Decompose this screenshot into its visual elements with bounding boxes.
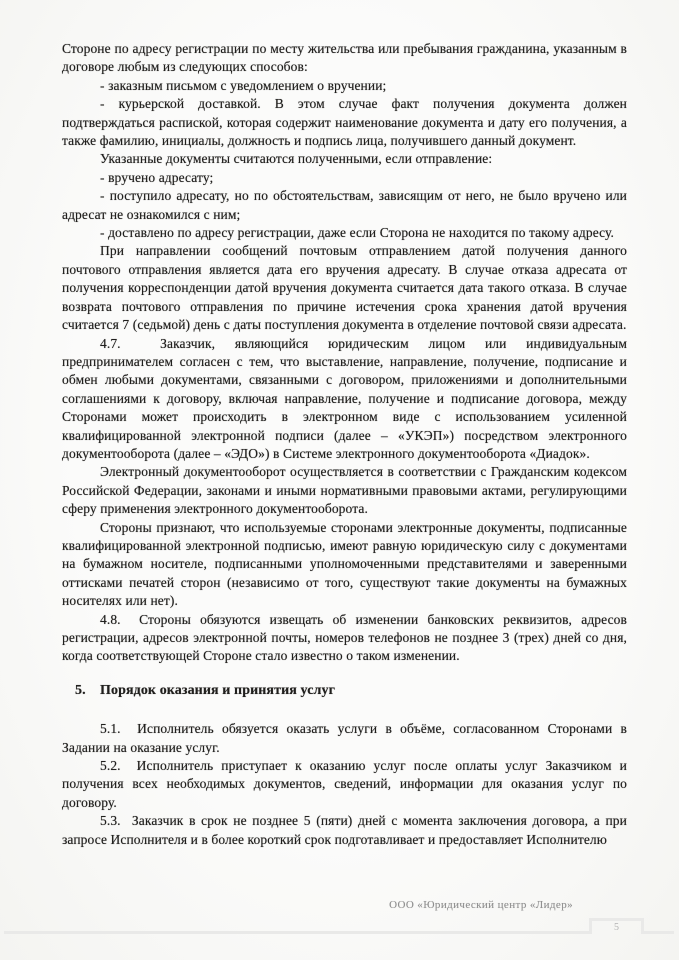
body-paragraph: Стороны признают, что используемые сторо… [62,519,627,611]
body-paragraph: Указанные документы считаются полученным… [62,150,627,168]
body-paragraph: Электронный документооборот осуществляет… [62,463,627,518]
document-body: Стороне по адресу регистрации по месту ж… [62,40,627,849]
list-item-dash: - вручено адресату; [62,169,627,187]
section-heading-number: 5. [75,682,100,700]
section-heading-title: Порядок оказания и принятия услуг [100,683,335,698]
page-number-tab: 5 [589,918,644,934]
clause-4-7: 4.7. Заказчик, являющийся юридическим ли… [62,335,627,464]
section-heading: 5.Порядок оказания и принятия услуг [62,682,627,700]
footer-rule-right [644,931,674,934]
clause-5-2: 5.2. Исполнитель приступает к оказанию у… [62,757,627,812]
clause-4-8: 4.8. Стороны обязуются извещать об измен… [62,611,627,666]
list-item-dash: - заказным письмом с уведомлением о вруч… [62,77,627,95]
body-paragraph: Стороне по адресу регистрации по месту ж… [62,40,627,77]
footer-rule-left [4,931,589,934]
list-item-dash: - доставлено по адресу регистрации, даже… [62,224,627,242]
list-item-dash: - поступило адресату, но по обстоятельст… [62,187,627,224]
footer-company-name: ООО «Юридический центр «Лидер» [389,899,573,911]
page-number: 5 [614,922,619,933]
clause-5-1: 5.1. Исполнитель обязуется оказать услуг… [62,720,627,757]
list-item-dash: - курьерской доставкой. В этом случае фа… [62,95,627,150]
scanned-document-page: Стороне по адресу регистрации по месту ж… [0,0,679,960]
clause-5-3: 5.3. Заказчик в срок не позднее 5 (пяти)… [62,812,627,849]
body-paragraph: При направлении сообщений почтовым отпра… [62,242,627,334]
